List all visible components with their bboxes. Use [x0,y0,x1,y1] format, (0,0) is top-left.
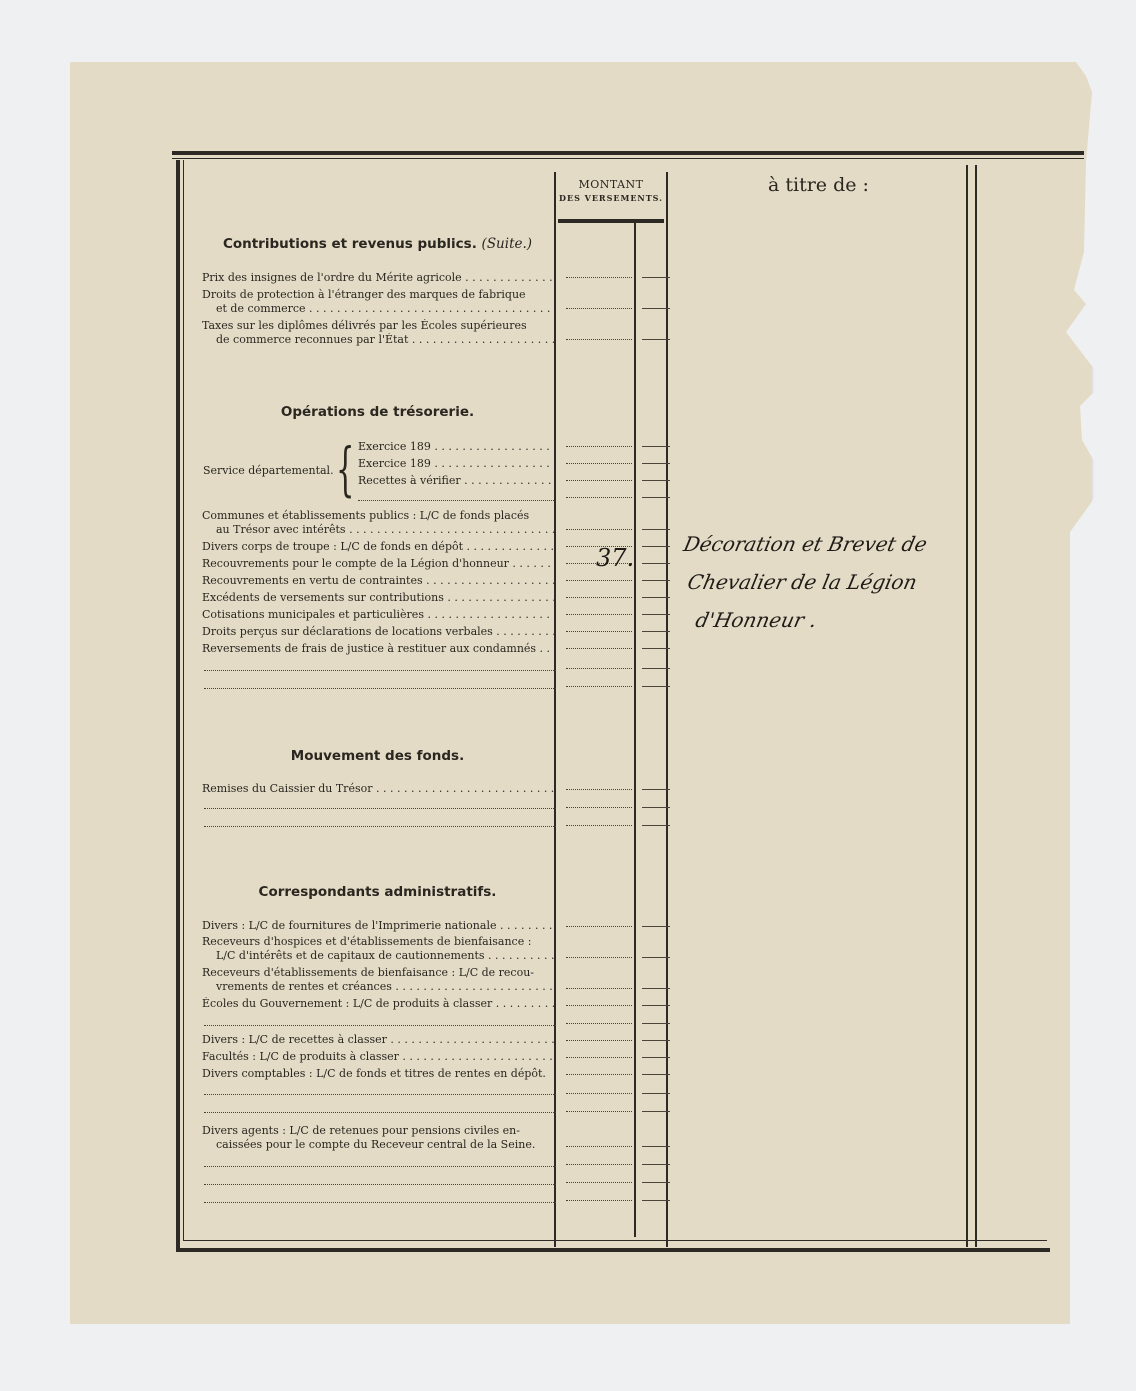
row-text: Cotisations municipales et particulières [202,608,424,621]
row-recettes-classer: Divers : L/C de recettes à classer [202,1033,554,1047]
amount-field [566,1093,632,1094]
row-remises-caissier: Remises du Caissier du Trésor [202,782,554,796]
cents-field [642,988,670,989]
row-imprimerie: Divers : L/C de fournitures de l'Imprime… [202,919,554,933]
montant-title: MONTANT [556,178,666,191]
blank-line [204,1202,556,1203]
row-text: L/C d'intérêts et de capitaux de caution… [202,949,485,962]
row-text: Divers : L/C de fournitures de l'Imprime… [202,919,496,932]
leader-dots [536,642,554,655]
top-rule-thin [172,158,1084,159]
row-text: Divers comptables : L/C de fonds et titr… [202,1067,546,1080]
col-rule-left [554,172,556,1247]
cents-field [642,1111,670,1112]
row-text: Exercice 189 [358,440,431,453]
row-recettes-verifier: Recettes à vérifier [358,474,554,487]
row-bienfaisance-cont: vrements de rentes et créances [202,980,554,994]
amount-field [566,463,632,464]
amount-field [566,480,632,481]
leader-dots [463,540,554,553]
amount-field [566,580,632,581]
cents-field [642,957,670,958]
row-text: vrements de rentes et créances [202,980,392,993]
leader-dots [444,591,554,604]
brace-glyph: { [336,440,354,498]
cents-field [642,807,670,808]
blank-line [358,500,554,501]
row-facultes: Facultés : L/C de produits à classer [202,1050,554,1064]
cents-field [642,1093,670,1094]
row-text: caissées pour le compte du Receveur cent… [202,1138,535,1151]
cents-field [642,339,670,340]
row-text: au Trésor avec intérêts [202,523,346,536]
row-text: Divers corps de troupe : L/C de fonds en… [202,540,463,553]
leader-dots [509,557,554,570]
amount-field [566,926,632,927]
row-text: Divers : L/C de recettes à classer [202,1033,387,1046]
leader-dots [399,1050,554,1063]
row-text: Droits de protection à l'étranger des ma… [202,288,526,301]
cents-field [642,1164,670,1165]
amount-field [566,1200,632,1201]
blank-line [204,670,556,671]
cents-field [642,497,670,498]
row-text: Remises du Caissier du Trésor [202,782,372,795]
blank-line [204,1112,556,1113]
cents-field [642,1200,670,1201]
section-title-contributions: Contributions et revenus publics. (Suite… [200,236,555,252]
amount-field [566,1146,632,1147]
amount-field [566,825,632,826]
row-text: Receveurs d'établissements de bienfaisan… [202,966,534,979]
amount-field [566,1023,632,1024]
leader-dots [493,625,554,638]
row-bienfaisance: Receveurs d'établissements de bienfaisan… [202,966,554,980]
row-text: Recouvrements pour le compte de la Légio… [202,557,509,570]
amount-field [566,529,632,530]
cents-field [642,546,670,547]
cents-field [642,614,670,615]
row-divers-comptables: Divers comptables : L/C de fonds et titr… [202,1067,554,1081]
handwritten-line-3: d'Honneur . [693,608,819,632]
amount-field [566,648,632,649]
row-reversements: Reversements de frais de justice à resti… [202,642,554,656]
amount-field [566,988,632,989]
leader-dots [496,919,554,932]
amount-field [566,668,632,669]
row-divers-agents: Divers agents : L/C de retenues pour pen… [202,1124,554,1138]
row-communes: Communes et établissements publics : L/C… [202,509,554,523]
leader-dots [424,608,554,621]
cents-field [642,480,670,481]
leader-dots [408,333,554,346]
handwritten-amount: 37. [596,544,634,572]
amount-field [566,807,632,808]
row-cotisations: Cotisations municipales et particulières [202,608,554,622]
row-text: Reversements de frais de justice à resti… [202,642,536,655]
leader-dots [492,997,554,1010]
blank-line [204,808,556,809]
amount-field [566,1111,632,1112]
col-rule-right [666,172,668,1247]
leader-dots [423,574,554,587]
row-exercice-2: Exercice 189 [358,457,554,470]
cents-field [642,308,670,309]
montant-subtitle: DES VERSEMENTS. [556,193,666,203]
amount-field [566,308,632,309]
col-rule-far-2 [975,165,977,1247]
section-title-correspondants: Correspondants administratifs. [200,884,555,900]
row-hospices-cont: L/C d'intérêts et de capitaux de caution… [202,949,554,963]
cents-field [642,648,670,649]
row-text: Divers agents : L/C de retenues pour pen… [202,1124,520,1137]
cents-field [642,789,670,790]
row-droits-protection-cont: et de commerce [202,302,554,316]
col-rule-far-1 [966,165,968,1247]
cents-field [642,825,670,826]
leader-dots [346,523,554,536]
row-text: de commerce reconnues par l'État [202,333,408,346]
leader-dots [392,980,554,993]
leader-dots [431,440,554,453]
blank-line [204,1094,556,1095]
cents-field [642,277,670,278]
cents-field [642,631,670,632]
row-hospices: Receveurs d'hospices et d'établissements… [202,935,554,949]
row-text: Taxes sur les diplômes délivrés par les … [202,319,527,332]
blank-line [204,826,556,827]
cents-field [642,1005,670,1006]
row-excedents: Excédents de versements sur contribution… [202,591,554,605]
amount-field [566,789,632,790]
cents-field [642,446,670,447]
amount-field [566,1005,632,1006]
blank-line [204,688,556,689]
row-contraintes: Recouvrements en vertu de contraintes [202,574,554,588]
cents-field [642,668,670,669]
row-text: Excédents de versements sur contribution… [202,591,444,604]
montant-header: MONTANT DES VERSEMENTS. [556,178,666,203]
section-title-mouvement-fonds: Mouvement des fonds. [200,748,555,764]
row-text: et de commerce [202,302,306,315]
cents-field [642,1074,670,1075]
amount-field [566,957,632,958]
cents-field [642,463,670,464]
row-taxes-diplomes: Taxes sur les diplômes délivrés par les … [202,319,554,333]
amount-field [566,1040,632,1041]
row-text: Communes et établissements publics : L/C… [202,509,529,522]
amount-field [566,1182,632,1183]
section-title-text: Contributions et revenus publics. [223,236,477,252]
row-divers-agents-cont: caissées pour le compte du Receveur cent… [202,1138,554,1152]
row-droits-locations: Droits perçus sur déclarations de locati… [202,625,554,639]
cents-field [642,1040,670,1041]
row-text: Écoles du Gouvernement : L/C de produits… [202,997,492,1010]
blank-line [204,1166,556,1167]
cents-field [642,580,670,581]
amount-field [566,277,632,278]
amount-field [566,686,632,687]
handwritten-line-2: Chevalier de la Légion [685,570,919,594]
leader-dots [387,1033,554,1046]
leader-dots [306,302,554,315]
leader-dots [372,782,554,795]
leader-dots [485,949,554,962]
cents-field [642,1182,670,1183]
cents-field [642,563,670,564]
row-exercice-1: Exercice 189 [358,440,554,453]
service-departemental-label: Service départemental. [203,464,334,477]
cents-field [642,686,670,687]
top-rule [172,151,1084,155]
row-corps-troupe: Divers corps de troupe : L/C de fonds en… [202,540,554,554]
row-droits-protection: Droits de protection à l'étranger des ma… [202,288,554,302]
row-legion-honneur: Recouvrements pour le compte de la Légio… [202,557,554,571]
row-text: Exercice 189 [358,457,431,470]
row-text: Droits perçus sur déclarations de locati… [202,625,493,638]
leader-dots [462,271,554,284]
cents-field [642,1057,670,1058]
blank-line [204,1025,556,1026]
cents-field [642,529,670,530]
row-text: Recettes à vérifier [358,474,461,487]
amount-field [566,1057,632,1058]
handwritten-line-1: Décoration et Brevet de [681,532,929,556]
montant-underline [558,219,664,223]
titre-de-header: à titre de : [768,174,869,196]
blank-line [204,1184,556,1185]
row-merite-agricole: Prix des insignes de l'ordre du Mérite a… [202,271,554,285]
row-taxes-diplomes-cont: de commerce reconnues par l'État [202,333,554,347]
leader-dots [431,457,554,470]
amount-field [566,597,632,598]
amount-field [566,339,632,340]
amount-field [566,631,632,632]
row-text: Receveurs d'hospices et d'établissements… [202,935,531,948]
row-text: Prix des insignes de l'ordre du Mérite a… [202,271,462,284]
amount-field [566,446,632,447]
cents-field [642,1146,670,1147]
amount-field [566,1164,632,1165]
row-communes-cont: au Trésor avec intérêts [202,523,554,537]
cents-field [642,1023,670,1024]
cents-field [642,926,670,927]
row-ecoles-gouvernement: Écoles du Gouvernement : L/C de produits… [202,997,554,1011]
amount-field [566,1074,632,1075]
section-title-tresorerie: Opérations de trésorerie. [200,404,555,420]
row-text: Facultés : L/C de produits à classer [202,1050,399,1063]
leader-dots [461,474,554,487]
section-title-suffix: (Suite.) [482,236,533,252]
amount-field [566,614,632,615]
cents-field [642,597,670,598]
row-text: Recouvrements en vertu de contraintes [202,574,423,587]
col-rule-mid [634,222,636,1237]
amount-field [566,497,632,498]
